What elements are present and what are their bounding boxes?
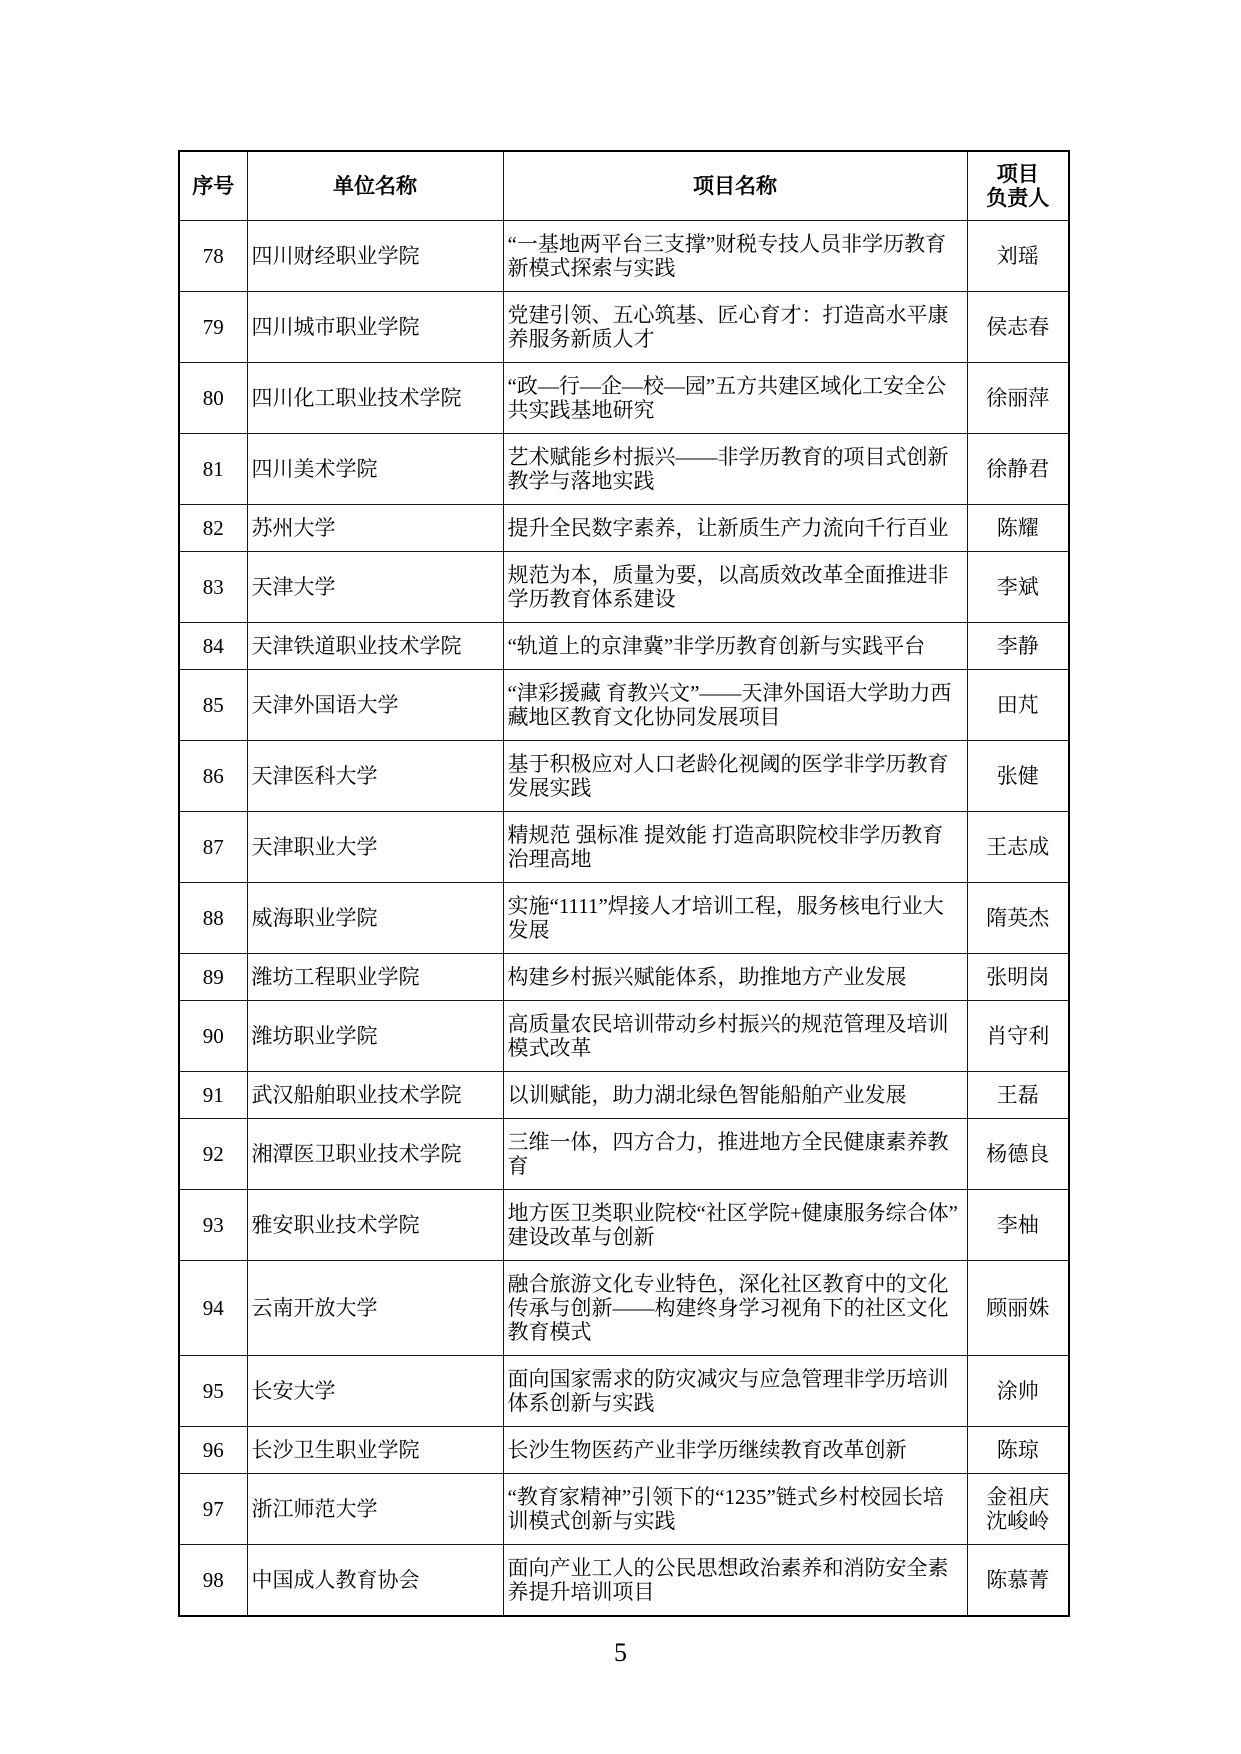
row-leader-cell: 李斌 <box>967 552 1069 623</box>
row-index-cell: 87 <box>179 812 247 883</box>
row-unit-cell: 云南开放大学 <box>247 1261 503 1356</box>
row-leader-cell: 徐丽萍 <box>967 363 1069 434</box>
row-project-cell: 构建乡村振兴赋能体系，助推地方产业发展 <box>503 954 967 1001</box>
row-index-cell: 96 <box>179 1427 247 1474</box>
row-index-cell: 92 <box>179 1119 247 1190</box>
table-row: 83 天津大学 规范为本，质量为要，以高质效改革全面推进非学历教育体系建设 李斌 <box>179 552 1069 623</box>
row-index-cell: 78 <box>179 221 247 292</box>
table-row: 86 天津医科大学 基于积极应对人口老龄化视阈的医学非学历教育发展实践 张健 <box>179 741 1069 812</box>
table-row: 82 苏州大学 提升全民数字素养，让新质生产力流向千行百业 陈耀 <box>179 505 1069 552</box>
row-unit-cell: 湘潭医卫职业技术学院 <box>247 1119 503 1190</box>
row-unit-cell: 浙江师范大学 <box>247 1474 503 1545</box>
row-project-cell: 三维一体，四方合力，推进地方全民健康素养教育 <box>503 1119 967 1190</box>
row-index-cell: 85 <box>179 670 247 741</box>
row-leader-cell: 田芃 <box>967 670 1069 741</box>
table-row: 90 潍坊职业学院 高质量农民培训带动乡村振兴的规范管理及培训模式改革 肖守利 <box>179 1001 1069 1072</box>
row-leader-cell: 涂帅 <box>967 1356 1069 1427</box>
header-row: 序号 单位名称 项目名称 项目 负责人 <box>179 151 1069 221</box>
row-project-cell: 精规范 强标准 提效能 打造高职院校非学历教育治理高地 <box>503 812 967 883</box>
row-project-cell: 基于积极应对人口老龄化视阈的医学非学历教育发展实践 <box>503 741 967 812</box>
row-unit-cell: 四川城市职业学院 <box>247 292 503 363</box>
table-header: 序号 单位名称 项目名称 项目 负责人 <box>179 151 1069 221</box>
row-project-cell: 艺术赋能乡村振兴——非学历教育的项目式创新教学与落地实践 <box>503 434 967 505</box>
row-unit-cell: 长安大学 <box>247 1356 503 1427</box>
table-row: 94 云南开放大学 融合旅游文化专业特色，深化社区教育中的文化传承与创新——构建… <box>179 1261 1069 1356</box>
row-project-cell: 融合旅游文化专业特色，深化社区教育中的文化传承与创新——构建终身学习视角下的社区… <box>503 1261 967 1356</box>
row-index-cell: 84 <box>179 623 247 670</box>
row-project-cell: 地方医卫类职业院校“社区学院+健康服务综合体”建设改革与创新 <box>503 1190 967 1261</box>
row-index-cell: 81 <box>179 434 247 505</box>
row-project-cell: “轨道上的京津冀”非学历教育创新与实践平台 <box>503 623 967 670</box>
row-unit-cell: 中国成人教育协会 <box>247 1545 503 1617</box>
row-project-cell: 党建引领、五心筑基、匠心育才：打造高水平康养服务新质人才 <box>503 292 967 363</box>
row-unit-cell: 苏州大学 <box>247 505 503 552</box>
row-leader-cell: 张明岗 <box>967 954 1069 1001</box>
row-project-cell: 长沙生物医药产业非学历继续教育改革创新 <box>503 1427 967 1474</box>
row-leader-cell: 刘瑶 <box>967 221 1069 292</box>
row-leader-cell: 金祖庆 沈峻岭 <box>967 1474 1069 1545</box>
row-leader-cell: 侯志春 <box>967 292 1069 363</box>
page-number: 5 <box>0 1638 1241 1668</box>
row-project-cell: 提升全民数字素养，让新质生产力流向千行百业 <box>503 505 967 552</box>
projects-table: 序号 单位名称 项目名称 项目 负责人 78 四川财经职业学院 “一基地两平台三… <box>178 150 1070 1617</box>
row-index-cell: 93 <box>179 1190 247 1261</box>
row-leader-cell: 陈耀 <box>967 505 1069 552</box>
row-index-cell: 88 <box>179 883 247 954</box>
row-leader-cell: 王志成 <box>967 812 1069 883</box>
row-index-cell: 82 <box>179 505 247 552</box>
row-leader-cell: 隋英杰 <box>967 883 1069 954</box>
row-leader-cell: 顾丽姝 <box>967 1261 1069 1356</box>
row-index-cell: 79 <box>179 292 247 363</box>
row-leader-cell: 李静 <box>967 623 1069 670</box>
row-leader-cell: 肖守利 <box>967 1001 1069 1072</box>
row-index-cell: 90 <box>179 1001 247 1072</box>
table-row: 78 四川财经职业学院 “一基地两平台三支撑”财税专技人员非学历教育新模式探索与… <box>179 221 1069 292</box>
table-row: 92 湘潭医卫职业技术学院 三维一体，四方合力，推进地方全民健康素养教育 杨德良 <box>179 1119 1069 1190</box>
row-leader-cell: 李柚 <box>967 1190 1069 1261</box>
table-row: 85 天津外国语大学 “津彩援藏 育教兴文”——天津外国语大学助力西藏地区教育文… <box>179 670 1069 741</box>
row-index-cell: 97 <box>179 1474 247 1545</box>
table-row: 96 长沙卫生职业学院 长沙生物医药产业非学历继续教育改革创新 陈琼 <box>179 1427 1069 1474</box>
table-row: 79 四川城市职业学院 党建引领、五心筑基、匠心育才：打造高水平康养服务新质人才… <box>179 292 1069 363</box>
col-header-unit: 单位名称 <box>247 151 503 221</box>
table-row: 84 天津铁道职业技术学院 “轨道上的京津冀”非学历教育创新与实践平台 李静 <box>179 623 1069 670</box>
row-unit-cell: 潍坊职业学院 <box>247 1001 503 1072</box>
row-index-cell: 89 <box>179 954 247 1001</box>
col-header-project: 项目名称 <box>503 151 967 221</box>
row-unit-cell: 天津外国语大学 <box>247 670 503 741</box>
row-leader-cell: 王磊 <box>967 1072 1069 1119</box>
row-leader-cell: 徐静君 <box>967 434 1069 505</box>
col-header-index: 序号 <box>179 151 247 221</box>
row-index-cell: 94 <box>179 1261 247 1356</box>
table-row: 91 武汉船舶职业技术学院 以训赋能，助力湖北绿色智能船舶产业发展 王磊 <box>179 1072 1069 1119</box>
row-unit-cell: 武汉船舶职业技术学院 <box>247 1072 503 1119</box>
row-index-cell: 80 <box>179 363 247 434</box>
row-unit-cell: 四川化工职业技术学院 <box>247 363 503 434</box>
row-unit-cell: 天津铁道职业技术学院 <box>247 623 503 670</box>
row-unit-cell: 威海职业学院 <box>247 883 503 954</box>
table-row: 95 长安大学 面向国家需求的防灾减灾与应急管理非学历培训体系创新与实践 涂帅 <box>179 1356 1069 1427</box>
row-project-cell: 面向产业工人的公民思想政治素养和消防安全素养提升培训项目 <box>503 1545 967 1617</box>
row-index-cell: 91 <box>179 1072 247 1119</box>
row-index-cell: 95 <box>179 1356 247 1427</box>
row-index-cell: 86 <box>179 741 247 812</box>
row-project-cell: 规范为本，质量为要，以高质效改革全面推进非学历教育体系建设 <box>503 552 967 623</box>
row-unit-cell: 四川美术学院 <box>247 434 503 505</box>
row-project-cell: 面向国家需求的防灾减灾与应急管理非学历培训体系创新与实践 <box>503 1356 967 1427</box>
row-project-cell: “教育家精神”引领下的“1235”链式乡村校园长培训模式创新与实践 <box>503 1474 967 1545</box>
row-unit-cell: 长沙卫生职业学院 <box>247 1427 503 1474</box>
table-row: 81 四川美术学院 艺术赋能乡村振兴——非学历教育的项目式创新教学与落地实践 徐… <box>179 434 1069 505</box>
row-leader-cell: 陈慕菁 <box>967 1545 1069 1617</box>
row-project-cell: “一基地两平台三支撑”财税专技人员非学历教育新模式探索与实践 <box>503 221 967 292</box>
table-body: 78 四川财经职业学院 “一基地两平台三支撑”财税专技人员非学历教育新模式探索与… <box>179 221 1069 1617</box>
row-leader-cell: 杨德良 <box>967 1119 1069 1190</box>
row-project-cell: “政—行—企—校—园”五方共建区域化工安全公共实践基地研究 <box>503 363 967 434</box>
col-header-leader: 项目 负责人 <box>967 151 1069 221</box>
row-index-cell: 83 <box>179 552 247 623</box>
row-project-cell: 高质量农民培训带动乡村振兴的规范管理及培训模式改革 <box>503 1001 967 1072</box>
row-unit-cell: 天津医科大学 <box>247 741 503 812</box>
row-unit-cell: 雅安职业技术学院 <box>247 1190 503 1261</box>
table-row: 98 中国成人教育协会 面向产业工人的公民思想政治素养和消防安全素养提升培训项目… <box>179 1545 1069 1617</box>
row-unit-cell: 天津职业大学 <box>247 812 503 883</box>
row-unit-cell: 天津大学 <box>247 552 503 623</box>
row-unit-cell: 潍坊工程职业学院 <box>247 954 503 1001</box>
row-project-cell: 以训赋能，助力湖北绿色智能船舶产业发展 <box>503 1072 967 1119</box>
table-row: 88 威海职业学院 实施“1111”焊接人才培训工程，服务核电行业大发展 隋英杰 <box>179 883 1069 954</box>
table-row: 89 潍坊工程职业学院 构建乡村振兴赋能体系，助推地方产业发展 张明岗 <box>179 954 1069 1001</box>
row-leader-cell: 陈琼 <box>967 1427 1069 1474</box>
row-project-cell: “津彩援藏 育教兴文”——天津外国语大学助力西藏地区教育文化协同发展项目 <box>503 670 967 741</box>
table-row: 80 四川化工职业技术学院 “政—行—企—校—园”五方共建区域化工安全公共实践基… <box>179 363 1069 434</box>
table-row: 97 浙江师范大学 “教育家精神”引领下的“1235”链式乡村校园长培训模式创新… <box>179 1474 1069 1545</box>
row-index-cell: 98 <box>179 1545 247 1617</box>
row-project-cell: 实施“1111”焊接人才培训工程，服务核电行业大发展 <box>503 883 967 954</box>
row-leader-cell: 张健 <box>967 741 1069 812</box>
table-row: 87 天津职业大学 精规范 强标准 提效能 打造高职院校非学历教育治理高地 王志… <box>179 812 1069 883</box>
table-row: 93 雅安职业技术学院 地方医卫类职业院校“社区学院+健康服务综合体”建设改革与… <box>179 1190 1069 1261</box>
row-unit-cell: 四川财经职业学院 <box>247 221 503 292</box>
document-page: 序号 单位名称 项目名称 项目 负责人 78 四川财经职业学院 “一基地两平台三… <box>0 0 1241 1754</box>
